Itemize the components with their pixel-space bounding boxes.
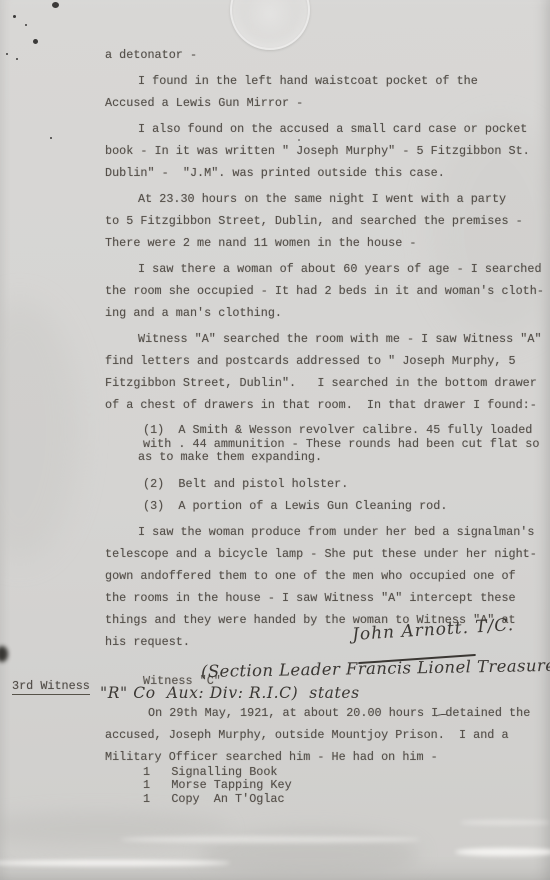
typed-third-witness-body: On 29th May, 1921, at about 20.00 hours … [105, 702, 545, 768]
document-page: a detonator -I found in the left hand wa… [0, 0, 550, 880]
paper-crease [455, 848, 550, 856]
dirt-speck [16, 58, 18, 60]
paper-crease [0, 860, 230, 866]
typed-list-item: 1 Copy An T'Oglac [143, 793, 292, 806]
typed-line: with . 44 ammunition - These rounds had … [105, 438, 547, 452]
dirt-speck [25, 24, 27, 26]
typed-line: find letters and postcards addressed to … [105, 350, 547, 372]
typed-line: telescope and a bicycle lamp - She put t… [105, 543, 547, 565]
typed-line: accused, Joseph Murphy, outside Mountjoy… [105, 724, 545, 746]
margin-label-3rd-witness: 3rd Witness [12, 679, 90, 695]
typed-line: I also found on the accused a small card… [105, 118, 547, 140]
typed-line: (1) A Smith & Wesson revolver calibre. 4… [105, 424, 547, 438]
typed-line: ing and a man's clothing. [105, 302, 547, 324]
typed-line: as to make them expanding. [105, 451, 547, 465]
typed-line: Fitzgibbon Street, Dublin". I searched i… [105, 372, 547, 394]
typed-line: to 5 Fitzgibbon Street, Dublin, and sear… [105, 210, 547, 232]
typed-line: the room she occupied - It had 2 beds in… [105, 280, 547, 302]
handwritten-insert-line1: (Section Leader Francis Lionel Treasure, [201, 656, 550, 681]
dirt-speck [33, 39, 38, 44]
dirt-speck [6, 53, 8, 55]
typed-line: (3) A portion of a Lewis Gun Cleaning ro… [105, 495, 547, 517]
dirt-speck [50, 137, 52, 139]
paper-mottle [0, 300, 80, 560]
typed-list-item: 1 Signalling Book [143, 766, 292, 779]
dirt-speck [52, 2, 59, 8]
typed-list-item: 1 Morse Tapping Key [143, 779, 292, 792]
typed-line: of a chest of drawers in that room. In t… [105, 394, 547, 416]
typed-line: I saw there a woman of about 60 years of… [105, 258, 547, 280]
ink-blob [0, 646, 8, 662]
typed-line: I saw the woman produce from under her b… [105, 521, 547, 543]
typed-line: I found in the left hand waistcoat pocke… [105, 70, 547, 92]
paper-crease [460, 820, 550, 825]
typed-line: On 29th May, 1921, at about 20.00 hours … [105, 702, 545, 724]
typed-line: Witness "A" searched the room with me - … [105, 328, 547, 350]
typed-line: a detonator - [105, 44, 547, 66]
typed-line: There were 2 me nand 11 women in the hou… [105, 232, 547, 254]
paper-crease [120, 836, 420, 843]
embossed-seal [230, 0, 310, 50]
typed-line: Accused a Lewis Gun Mirror - [105, 92, 547, 114]
typed-line: the rooms in the house - I saw Witness "… [105, 587, 547, 609]
handwritten-insert-line2: "R" Co Aux: Div: R.I.C) states [100, 684, 360, 702]
typed-line: gown andoffered them to one of the men w… [105, 565, 547, 587]
typed-line: book - In it was written " Joseph Murphy… [105, 140, 547, 162]
typed-items-list: 1 Signalling Book1 Morse Tapping Key1 Co… [143, 766, 292, 806]
typed-line: At 23.30 hours on the same night I went … [105, 188, 547, 210]
typed-statement-body: a detonator -I found in the left hand wa… [105, 44, 547, 653]
dirt-speck [13, 15, 16, 18]
typed-line: (2) Belt and pistol holster. [105, 473, 547, 495]
typed-line: Dublin" - "J.M". was printed outside thi… [105, 162, 547, 184]
